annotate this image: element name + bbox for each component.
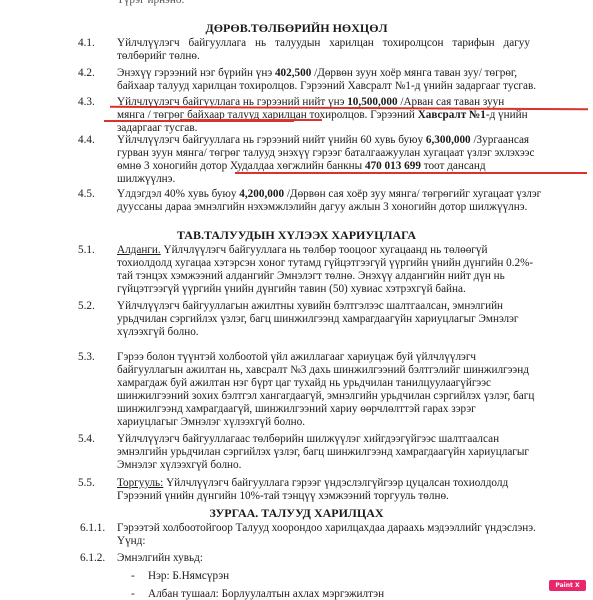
clause-number: 4.5. [78, 188, 95, 201]
clause-number: 5.3. [78, 351, 95, 364]
clause-5-5-line: Гэрээний үнийн дүнгийн 10%-тай тэнцүү хэ… [117, 490, 449, 503]
section-5-heading: ТАВ.ТАЛУУДЫН ХҮЛЭЭХ ХАРИУЦЛАГА [0, 228, 593, 242]
clause-5-3-line: хамрагдаж буй ажилтан нэг бүрт цаг тухай… [117, 377, 491, 390]
clause-5-1-line: тохиолдолд хугацаа хэтэрсэн хоног тутамд… [117, 257, 533, 270]
clause-number: 5.1. [78, 244, 95, 257]
document-page: Түрэг ирнэно. ДӨРӨВ.ТӨЛБӨРИЙН НӨХЦӨЛ 4.1… [0, 0, 593, 600]
clause-number: 6.1.2. [80, 552, 105, 565]
clause-5-4-line: эмнэлгийн урьдчилан сэргийлэх үзлэг, баг… [117, 446, 529, 459]
bullet-icon: - [131, 588, 135, 600]
clause-5-3-line: хариуцлагыг Эмнэлэг хүлээхгүй болно. [117, 416, 305, 429]
clause-number: 4.3. [78, 96, 95, 109]
clause-number: 4.2. [78, 67, 95, 80]
clause-number: 5.4. [78, 433, 95, 446]
clause-4-4-line: Үйлчлүүлэгч байгууллага нь гэрээний нийт… [117, 134, 529, 147]
clause-4-1-line: төлбөрийг төлнө. [117, 50, 200, 63]
clause-5-5-line: Торгууль: Үйлчлүүлэгч байгууллага гэрээг… [117, 477, 508, 490]
clause-number: 6.1.1. [80, 522, 105, 535]
clause-5-3-line: шинжилгээнд хамрагдаагүй, шинжилгээний х… [117, 403, 476, 416]
paint-x-lite-watermark: Paint X lite [549, 580, 586, 591]
clause-5-1-line: Алданги. Үйлчлүүлэгч байгууллага нь төлб… [117, 244, 487, 257]
clause-4-5-line: Үлдэгдэл 40% хувь буюу 4,200,000 /Дөрвөн… [117, 188, 541, 201]
term-torguul: Торгууль: [117, 477, 163, 489]
clause-5-3-line: шинжилгээний зохих бэлтгэл хангагдаагүй,… [117, 390, 534, 403]
clause-5-3-line: Гэрээ болон түүнтэй холбоотой үйл ажилла… [117, 351, 476, 364]
clause-4-2-line: Энэхүү гэрээний нэг бүрийн үнэ 402,500 /… [117, 67, 517, 80]
contact-position: Албан тушаал: Борлуулалтын ахлах мэргэжи… [148, 588, 384, 600]
bullet-icon: - [131, 570, 135, 583]
clause-5-2-line: хүлээхгүй болно. [117, 326, 199, 339]
clause-number: 5.2. [78, 300, 95, 313]
clause-number: 4.4. [78, 134, 95, 147]
top-fragment: Түрэг ирнэно. [117, 0, 184, 7]
clause-6-1-1-line: Гэрээтэй холбоотойгоор Талууд хоорондоо … [117, 522, 536, 535]
clause-4-4-line: шилжүүлнэ. [117, 173, 175, 186]
clause-5-2-line: Үйлчлүүлэгч байгууллагын ажилтны хувийн … [117, 300, 503, 313]
red-underline-mark [180, 119, 322, 121]
red-underline-mark [235, 172, 587, 174]
clause-6-1-1-line: Үүнд: [117, 535, 145, 548]
clause-6-1-2-line: Эмнэлгийн хувьд: [117, 552, 203, 565]
clause-4-5-line: дууссаны дараа эмнэлгийн нэхэмжлэлийн да… [117, 201, 527, 214]
contact-name: Нэр: Б.Нямсүрэн [148, 570, 229, 583]
clause-5-1-line: гүйцэтгээгүй үүргийн үнийн дүнгийн тавин… [117, 283, 466, 296]
clause-4-1-line: Үйлчлүүлэгч байгууллага нь талуудын хари… [117, 37, 530, 50]
clause-5-3-line: байгууллагын ажилтан нь, хавсралт №3 дах… [117, 364, 529, 377]
clause-number: 4.1. [78, 37, 95, 50]
clause-5-2-line: урьдчилан сэргийлэх үзлэг, багц шинжилгэ… [117, 313, 519, 326]
clause-5-4-line: Эмнэлэг хүлээхгүй болно. [117, 459, 241, 472]
clause-5-1-line: тай тэнцэх хэмжээний алдангийг Эмнэлэгт … [117, 270, 505, 283]
section-4-heading: ДӨРӨВ.ТӨЛБӨРИЙН НӨХЦӨЛ [0, 21, 593, 35]
clause-4-2-line: байхаар талууд харилцан тохиролцов. Гэрэ… [117, 80, 536, 93]
clause-number: 5.5. [78, 477, 95, 490]
term-alдangi: Алданги. [117, 244, 161, 256]
clause-4-4-line: гурван зуун мянга/ төгрөг талууд энэхүү … [117, 147, 534, 160]
section-6-heading: ЗУРГАА. ТАЛУУД ХАРИЛЦАХ [0, 506, 593, 520]
clause-5-4-line: Үйлчлүүлэгч байгууллагаас төлбөрийн шилж… [117, 433, 499, 446]
